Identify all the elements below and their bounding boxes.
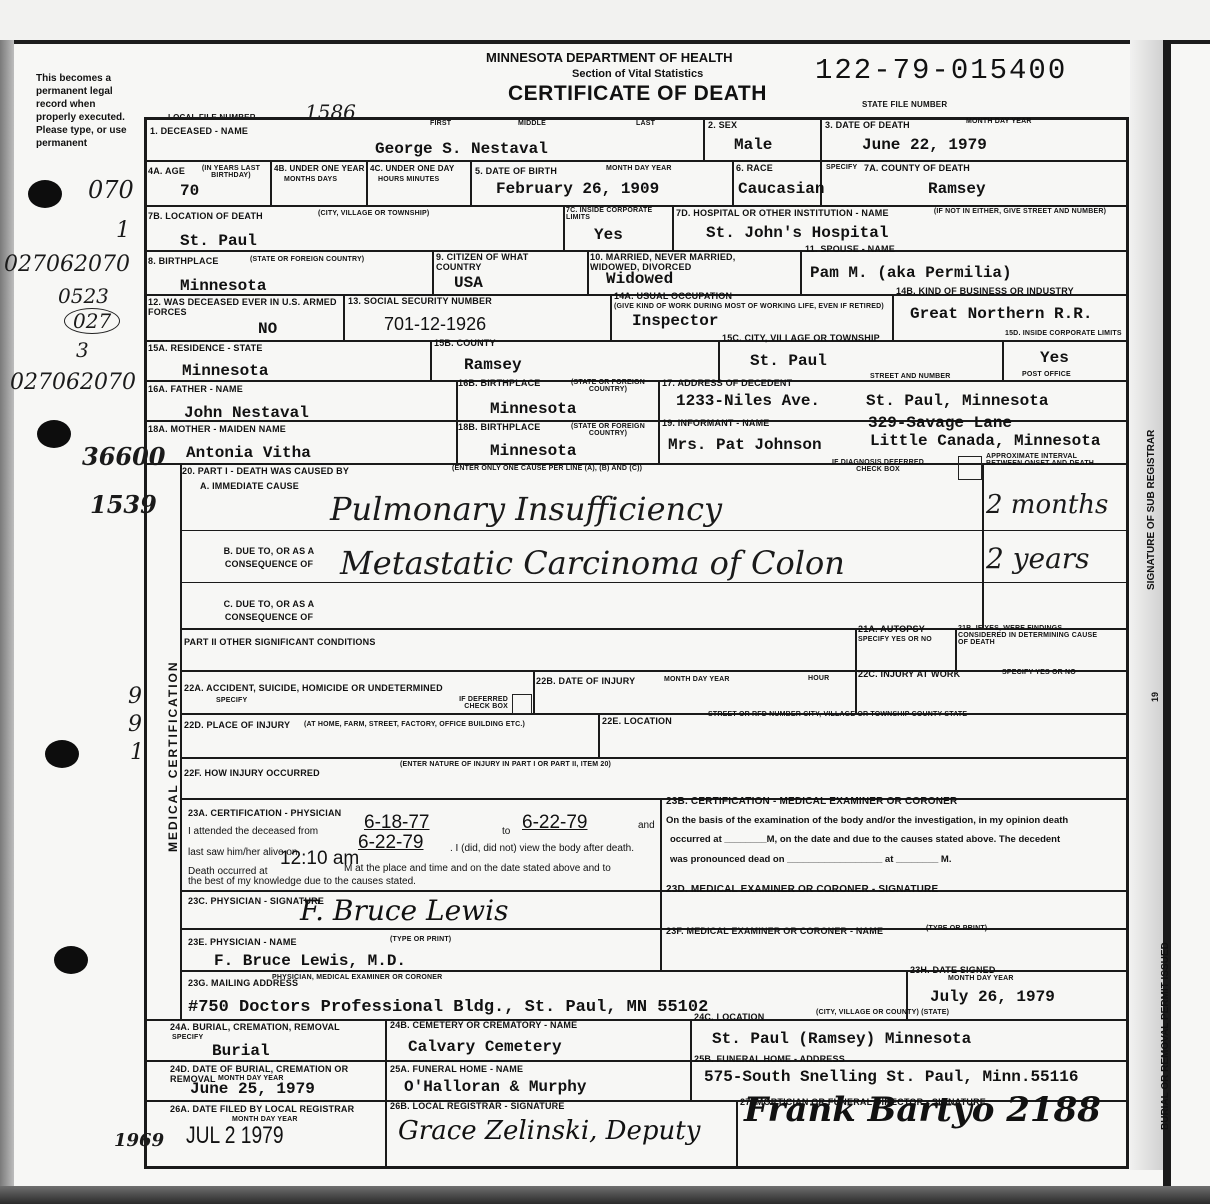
label-physician-certification: 23a. CERTIFICATION - PHYSICIAN xyxy=(188,808,341,818)
father-birthplace: Minnesota xyxy=(490,400,576,418)
date-of-burial: June 25, 1979 xyxy=(190,1080,315,1098)
cert-line3-post: M at the place and time and on the date … xyxy=(344,863,611,874)
label-age: 4a. AGE xyxy=(148,166,185,176)
label-cause-b: B. DUE TO, OR AS A CONSEQUENCE OF xyxy=(204,545,334,571)
col-divider xyxy=(270,160,272,205)
label-race: 6. RACE xyxy=(736,163,773,173)
label-mother-birthplace: 18b. BIRTHPLACE xyxy=(458,422,541,432)
label-marital-status: 10. MARRIED, NEVER MARRIED, WIDOWED, DIV… xyxy=(590,252,760,272)
immediate-cause: Pulmonary Insufficiency xyxy=(330,490,722,528)
local-registrar-signature: Grace Zelinski, Deputy xyxy=(398,1116,700,1146)
col-divider xyxy=(470,160,472,205)
label-middle: MIDDLE xyxy=(518,120,546,127)
col-divider xyxy=(1002,340,1004,380)
label-injury-at-work-sub: SPECIFY YES OR NO xyxy=(1002,669,1076,676)
label-funeral-home-address: 25b. FUNERAL HOME - ADDRESS xyxy=(694,1054,845,1064)
father-name: John Nestaval xyxy=(184,404,309,422)
label-how-injury-occurred: 22f. HOW INJURY OCCURRED xyxy=(184,768,320,778)
label-residence-inside-limits: 15d. INSIDE CORPORATE LIMITS xyxy=(1005,330,1122,337)
col-divider xyxy=(563,205,565,250)
label-date-filed: 26a. DATE FILED BY LOCAL REGISTRAR xyxy=(170,1104,354,1114)
label-decedent-address: 17. ADDRESS OF DECEDENT xyxy=(662,378,792,388)
label-physician-name-sub: (TYPE OR PRINT) xyxy=(390,936,451,943)
label-funeral-home: 25a. FUNERAL HOME - NAME xyxy=(390,1064,523,1074)
label-father-birthplace: 16b. BIRTHPLACE xyxy=(458,378,541,388)
cert-line1-pre: I attended the deceased from xyxy=(188,826,318,837)
date-of-death: June 22, 1979 xyxy=(862,136,987,154)
label-mother-name: 18a. MOTHER - MAIDEN NAME xyxy=(148,424,286,434)
last-seen-alive: 6-22-79 xyxy=(358,832,424,854)
attended-to: 6-22-79 xyxy=(522,812,588,834)
immediate-cause-interval: 2 months xyxy=(986,490,1108,520)
label-hospital: 7d. HOSPITAL OR OTHER INSTITUTION - NAME xyxy=(676,208,889,218)
label-coroner-certification: 23b. CERTIFICATION - MEDICAL EXAMINER OR… xyxy=(666,796,957,807)
col-divider xyxy=(672,205,674,250)
diagnosis-deferred-checkbox[interactable] xyxy=(958,456,982,480)
scan-left-edge xyxy=(0,40,14,1190)
funeral-director-signature: Frank Bartyo 2188 xyxy=(744,1090,1101,1130)
side-label-19: 19 xyxy=(1150,692,1160,702)
col-divider xyxy=(732,160,734,205)
scan-top-edge xyxy=(0,0,1210,44)
armed-forces: NO xyxy=(258,320,277,338)
date-signed: July 26, 1979 xyxy=(930,988,1055,1006)
punch-hole xyxy=(45,740,79,768)
label-accident-type-sub: SPECIFY xyxy=(216,697,247,704)
col-divider xyxy=(892,294,894,340)
margin-annotation: 1 xyxy=(130,740,144,765)
col-divider xyxy=(432,250,434,294)
label-date-of-birth: 5. DATE OF BIRTH xyxy=(475,166,557,176)
label-autopsy-sub: SPECIFY YES OR NO xyxy=(858,636,932,643)
hospital-name: St. John's Hospital xyxy=(706,224,888,242)
label-race-sub: SPECIFY xyxy=(826,164,857,171)
informant-address-line2: Little Canada, Minnesota xyxy=(870,432,1100,450)
row-divider xyxy=(146,340,1126,342)
col-divider xyxy=(610,294,612,340)
mother-birthplace: Minnesota xyxy=(490,442,576,460)
cert-line2-post: . I (did, did not) view the body after d… xyxy=(450,843,634,854)
margin-annotation-circled: 027 xyxy=(64,308,120,334)
scan-bottom-edge xyxy=(0,1186,1210,1204)
label-place-of-injury-sub: (AT HOME, FARM, STREET, FACTORY, OFFICE … xyxy=(304,721,564,728)
label-injury-at-work: 22c. INJURY AT WORK xyxy=(858,669,960,679)
county-of-death: Ramsey xyxy=(928,180,986,198)
label-last: LAST xyxy=(636,120,655,127)
label-usual-occupation-sub: (GIVE KIND OF WORK DURING MOST OF WORKIN… xyxy=(614,303,884,310)
col-divider xyxy=(855,670,857,713)
state-file-number: 122-79-015400 xyxy=(815,54,1067,87)
row-divider xyxy=(180,713,1126,715)
label-residence-state: 15a. RESIDENCE - STATE xyxy=(148,343,263,353)
margin-annotation: 1 xyxy=(116,218,130,243)
col-divider xyxy=(800,250,802,294)
cause-b: Metastatic Carcinoma of Colon xyxy=(340,544,845,582)
col-divider xyxy=(955,628,957,670)
label-date-signed: 23h. DATE SIGNED xyxy=(910,965,996,975)
punch-hole xyxy=(54,946,88,974)
funeral-home-address: 575-South Snelling St. Paul, Minn.55116 xyxy=(704,1068,1078,1086)
citizenship: USA xyxy=(454,274,483,292)
col-divider xyxy=(658,380,660,463)
col-divider xyxy=(587,250,589,294)
residence-city: St. Paul xyxy=(750,352,827,370)
col-divider xyxy=(718,340,720,380)
col-divider xyxy=(736,1100,738,1169)
label-coroner-name: 23f. MEDICAL EXAMINER OR CORONER - NAME xyxy=(666,926,883,936)
label-part2: PART II OTHER SIGNIFICANT CONDITIONS xyxy=(184,637,376,647)
label-how-injury-occurred-sub: (ENTER NATURE OF INJURY IN PART I OR PAR… xyxy=(400,761,611,768)
col-divider xyxy=(982,463,984,628)
label-deceased-name: 1. DECEASED - NAME xyxy=(150,126,248,136)
col-divider xyxy=(855,628,857,670)
sex: Male xyxy=(734,136,772,154)
label-date-signed-sub: MONTH DAY YEAR xyxy=(948,975,1014,982)
spouse-name: Pam M. (aka Permilia) xyxy=(810,264,1012,282)
label-residence-city: 15c. CITY, VILLAGE OR TOWNSHIP xyxy=(722,333,880,343)
margin-annotation: 0523 xyxy=(58,284,109,308)
label-injury-location-sub: STREET OR RFD NUMBER CITY, VILLAGE OR TO… xyxy=(708,711,967,718)
col-divider xyxy=(430,340,432,380)
label-interval: APPROXIMATE INTERVAL BETWEEN ONSET AND D… xyxy=(986,453,1111,467)
attended-from: 6-18-77 xyxy=(364,812,430,834)
marital-status: Widowed xyxy=(606,270,673,288)
department-heading: MINNESOTA DEPARTMENT OF HEALTH xyxy=(486,50,733,65)
informant-address-line1: 329-Savage Lane xyxy=(868,414,1012,432)
label-inside-corporate-limits: 7c. INSIDE CORPORATE LIMITS xyxy=(566,207,670,221)
label-father-birthplace-sub: (STATE OR FOREIGN COUNTRY) xyxy=(560,379,656,393)
label-sex: 2. SEX xyxy=(708,120,737,130)
death-certificate-page: This becomes a permanent legal record wh… xyxy=(0,0,1210,1204)
label-local-registrar-signature: 26b. LOCAL REGISTRAR - SIGNATURE xyxy=(390,1101,565,1111)
punch-hole xyxy=(28,180,62,208)
physician-name: F. Bruce Lewis, M.D. xyxy=(214,952,406,970)
label-street-and-number: STREET AND NUMBER xyxy=(870,373,951,380)
label-disposition-location: 24c. LOCATION xyxy=(694,1012,764,1022)
label-birthplace: 8. BIRTHPLACE xyxy=(148,256,219,266)
row-divider xyxy=(180,670,1126,672)
label-date-of-death-sub: MONTH DAY YEAR xyxy=(966,118,1032,125)
birthplace: Minnesota xyxy=(180,277,266,295)
cert-to-word: to xyxy=(502,826,510,837)
label-autopsy: 21a. AUTOPSY xyxy=(858,624,925,634)
row-divider xyxy=(180,798,1126,800)
location-of-death: St. Paul xyxy=(180,232,257,250)
residence-county: Ramsey xyxy=(464,356,522,374)
row-divider xyxy=(180,582,1126,583)
label-if-deferred: IF DEFERRED CHECK BOX xyxy=(440,696,508,710)
residence-state: Minnesota xyxy=(182,362,268,380)
col-divider xyxy=(660,798,662,970)
label-disposition-location-sub: (CITY, VILLAGE OR COUNTY) (STATE) xyxy=(816,1009,949,1016)
label-kind-of-business: 14b. KIND OF BUSINESS OR INDUSTRY xyxy=(896,286,1074,296)
col-divider xyxy=(690,1019,692,1100)
label-mother-birthplace-sub: (STATE OR FOREIGN COUNTRY) xyxy=(560,423,656,437)
label-injury-location: 22e. LOCATION xyxy=(602,716,672,726)
label-autopsy-findings: 21b. IF YES, WERE FINDINGS CONSIDERED IN… xyxy=(958,625,1108,646)
kind-of-business: Great Northern R.R. xyxy=(910,305,1092,323)
label-date-of-injury: 22b. DATE OF INJURY xyxy=(536,676,635,686)
label-mailing-address-sub: PHYSICIAN, MEDICAL EXAMINER OR CORONER xyxy=(272,974,442,981)
label-under-one-day-sub: HOURS MINUTES xyxy=(378,176,439,183)
label-post-office: POST OFFICE xyxy=(1022,371,1071,378)
label-informant: 19. INFORMANT - NAME xyxy=(662,418,770,428)
label-cause-instruction: (ENTER ONLY ONE CAUSE PER LINE (A), (B) … xyxy=(452,465,642,472)
margin-note: This becomes a permanent legal record wh… xyxy=(36,72,136,150)
col-divider xyxy=(598,713,600,757)
usual-occupation: Inspector xyxy=(632,312,718,330)
label-date-of-death: 3. DATE OF DEATH xyxy=(825,120,910,130)
col-divider xyxy=(385,1019,387,1169)
label-first: FIRST xyxy=(430,120,451,127)
label-under-one-day: 4c. UNDER ONE DAY xyxy=(370,164,454,173)
label-cemetery: 24b. CEMETERY OR CREMATORY - NAME xyxy=(390,1020,577,1030)
label-under-one-year: 4b. UNDER ONE YEAR xyxy=(274,164,365,173)
col-divider xyxy=(366,160,368,205)
age: 70 xyxy=(180,182,199,200)
label-coroner-signature: 23d. MEDICAL EXAMINER OR CORONER - SIGNA… xyxy=(666,884,938,895)
disposition: Burial xyxy=(212,1042,270,1060)
label-age-sub: (IN YEARS LAST BIRTHDAY) xyxy=(196,165,266,179)
row-divider xyxy=(180,890,1126,892)
margin-annotation: 027062070 xyxy=(4,252,130,277)
date-of-birth: February 26, 1909 xyxy=(496,180,659,198)
label-under-one-year-sub: MONTHS DAYS xyxy=(284,176,337,183)
label-county-of-death: 7a. COUNTY OF DEATH xyxy=(864,163,970,173)
col-divider xyxy=(703,117,705,160)
row-divider xyxy=(180,757,1126,759)
date-filed-stamp: JUL 2 1979 xyxy=(186,1122,284,1150)
label-spouse: 11. SPOUSE - NAME xyxy=(805,244,895,254)
residence-inside-limits: Yes xyxy=(1040,349,1069,367)
race: Caucasian xyxy=(738,180,824,198)
label-immediate-cause: A. IMMEDIATE CAUSE xyxy=(200,481,299,491)
row-divider xyxy=(146,160,1126,162)
margin-annotation: 027062070 xyxy=(10,370,136,395)
deceased-name: George S. Nestaval xyxy=(375,140,548,158)
col-divider xyxy=(180,463,182,1019)
row-divider xyxy=(146,1060,1126,1062)
row-divider xyxy=(146,1019,1126,1021)
side-label-sub-registrar: SIGNATURE OF SUB REGISTRAR xyxy=(1146,430,1157,590)
label-citizenship: 9. CITIZEN OF WHAT COUNTRY xyxy=(436,252,576,272)
side-label-medical-certification: MEDICAL CERTIFICATION xyxy=(166,660,180,852)
col-divider xyxy=(533,670,535,713)
label-armed-forces: 12. WAS DECEASED EVER IN U.S. ARMED FORC… xyxy=(148,297,338,317)
margin-annotation: 070 xyxy=(88,176,134,204)
label-diagnosis-deferred: IF DIAGNOSIS DEFERRED CHECK BOX xyxy=(830,459,926,473)
label-physician-name: 23e. PHYSICIAN - NAME xyxy=(188,937,297,947)
accident-deferred-checkbox[interactable] xyxy=(512,694,532,714)
side-label-burial-permit: BURIAL OR REMOVAL PERMIT ISSUED xyxy=(1160,942,1171,1130)
margin-annotation: 3 xyxy=(76,338,89,362)
label-location-of-death-sub: (CITY, VILLAGE OR TOWNSHIP) xyxy=(318,210,429,217)
col-divider xyxy=(343,294,345,340)
label-coroner-name-sub: (TYPE OR PRINT) xyxy=(926,925,987,932)
coroner-line2: occurred at ________M, on the date and d… xyxy=(670,834,1060,845)
cert-line4: the best of my knowledge due to the caus… xyxy=(188,876,416,887)
coroner-line1: On the basis of the examination of the b… xyxy=(666,815,1068,826)
funeral-home: O'Halloran & Murphy xyxy=(404,1078,586,1096)
label-birthplace-sub: (STATE OR FOREIGN COUNTRY) xyxy=(250,256,364,263)
mother-name: Antonia Vitha xyxy=(186,444,311,462)
cause-b-interval: 2 years xyxy=(986,542,1090,575)
label-place-of-injury: 22d. PLACE OF INJURY xyxy=(184,720,290,730)
label-location-of-death: 7b. LOCATION OF DEATH xyxy=(148,211,263,221)
label-hospital-sub: (IF NOT IN EITHER, GIVE STREET AND NUMBE… xyxy=(930,208,1110,215)
label-cause-c: C. DUE TO, OR AS A CONSEQUENCE OF xyxy=(204,598,334,624)
ssn: 701-12-1926 xyxy=(384,314,486,335)
label-father-name: 16a. FATHER - NAME xyxy=(148,384,243,394)
certificate-title: CERTIFICATE OF DEATH xyxy=(508,82,767,106)
mailing-address: #750 Doctors Professional Bldg., St. Pau… xyxy=(188,998,708,1017)
margin-annotation: 9 xyxy=(128,712,142,737)
section-heading: Section of Vital Statistics xyxy=(572,68,703,80)
decedent-post-office: St. Paul, Minnesota xyxy=(866,392,1048,410)
state-file-number-label: STATE FILE NUMBER xyxy=(862,100,947,109)
label-date-of-injury-sub: MONTH DAY YEAR xyxy=(664,676,730,683)
cemetery: Calvary Cemetery xyxy=(408,1038,562,1056)
margin-annotation: 9 xyxy=(128,684,142,709)
label-residence-county: 15b. COUNTY xyxy=(434,338,496,348)
disposition-location: St. Paul (Ramsey) Minnesota xyxy=(712,1030,971,1048)
label-ssn: 13. SOCIAL SECURITY NUMBER xyxy=(348,296,492,306)
row-divider xyxy=(180,530,1126,531)
label-accident-type: 22a. ACCIDENT, SUICIDE, HOMICIDE OR UNDE… xyxy=(184,683,443,693)
punch-hole xyxy=(37,420,71,448)
label-hour: HOUR xyxy=(808,675,829,682)
cert-line1-post: and xyxy=(638,820,655,831)
coroner-line3: was pronounced dead on _________________… xyxy=(670,854,951,865)
label-cause-part1: 20. PART I - DEATH WAS CAUSED BY xyxy=(182,466,349,476)
informant-name: Mrs. Pat Johnson xyxy=(668,436,822,454)
label-usual-occupation: 14a. USUAL OCCUPATION xyxy=(614,291,732,301)
inside-corporate-limits: Yes xyxy=(594,226,623,244)
label-disposition-sub: SPECIFY xyxy=(172,1034,203,1041)
label-date-of-birth-sub: MONTH DAY YEAR xyxy=(606,165,672,172)
decedent-street: 1233-Niles Ave. xyxy=(676,392,820,410)
label-disposition: 24a. BURIAL, CREMATION, REMOVAL xyxy=(170,1022,340,1032)
physician-signature: F. Bruce Lewis xyxy=(300,894,508,927)
